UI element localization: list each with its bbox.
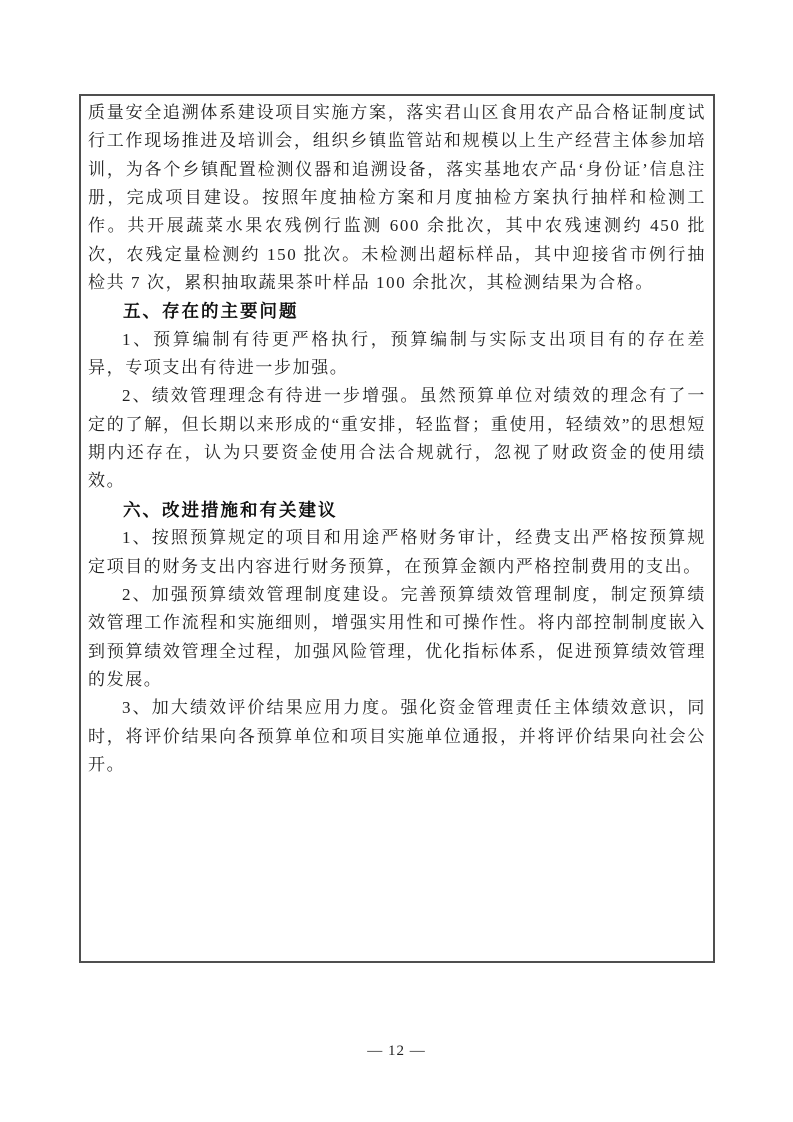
page-number: — 12 — <box>0 1041 793 1061</box>
intro-paragraph: 质量安全追溯体系建设项目实施方案，落实君山区食用农产品合格证制度试行工作现场推进… <box>88 99 706 297</box>
section-6-heading: 六、改进措施和有关建议 <box>88 496 706 524</box>
section-5-heading: 五、存在的主要问题 <box>88 297 706 325</box>
section-6-paragraph-2: 2、加强预算绩效管理制度建设。完善预算绩效管理制度，制定预算绩效管理工作流程和实… <box>88 581 706 694</box>
section-6-paragraph-1: 1、按照预算规定的项目和用途严格财务审计，经费支出严格按预算规定项目的财务支出内… <box>88 524 706 581</box>
document-page: 质量安全追溯体系建设项目实施方案，落实君山区食用农产品合格证制度试行工作现场推进… <box>0 0 793 1122</box>
section-5-paragraph-2: 2、绩效管理理念有待进一步增强。虽然预算单位对绩效的理念有了一定的了解，但长期以… <box>88 382 706 495</box>
content-border-box: 质量安全追溯体系建设项目实施方案，落实君山区食用农产品合格证制度试行工作现场推进… <box>79 94 715 963</box>
section-6-paragraph-3: 3、加大绩效评价结果应用力度。强化资金管理责任主体绩效意识，同时，将评价结果向各… <box>88 694 706 779</box>
section-5-paragraph-1: 1、预算编制有待更严格执行，预算编制与实际支出项目有的存在差异，专项支出有待进一… <box>88 326 706 383</box>
